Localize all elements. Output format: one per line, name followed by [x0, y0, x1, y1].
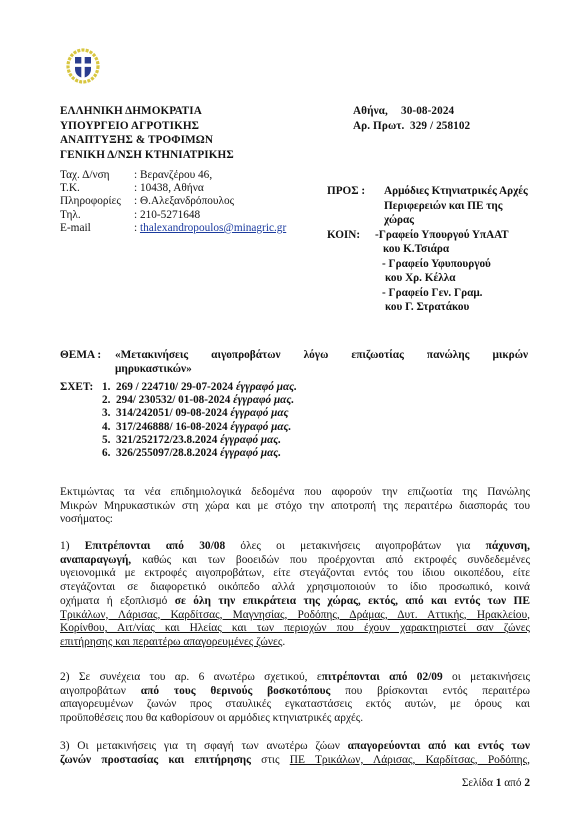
- text-line: Μικρών Μηρυκαστικών στη χώρα και με στόχ…: [60, 500, 530, 514]
- reference-number: 2.: [102, 394, 116, 407]
- subject-text-cont: μηρυκαστικών»: [115, 362, 528, 376]
- references-label: ΣΧΕΤ:: [60, 381, 102, 394]
- cc-line: -Γραφείο Υπουργού ΥπΑΑΤ: [375, 228, 509, 243]
- cc-line: κου Γ. Στρατάκου: [375, 300, 509, 315]
- recipient-line: χώρας: [384, 213, 528, 228]
- issuer-line: ΓΕΝΙΚΗ Δ/ΝΣΗ ΚΤΗΝΙΑΤΡΙΚΗΣ: [60, 148, 234, 163]
- contact-label: Τ.Κ.: [60, 182, 134, 195]
- text-line: Εκτιμώντας τα νέα επιδημιολογικά δεδομέν…: [60, 486, 530, 500]
- contact-value: : 10438, Αθήνα: [134, 182, 204, 195]
- cc-line: - Γραφείο Υφυπουργού: [375, 257, 509, 272]
- hellenic-emblem-icon: [66, 48, 100, 84]
- reference-number: 1.: [102, 381, 116, 394]
- reference-number: 4.: [102, 421, 116, 434]
- issuer-line: ΥΠΟΥΡΓΕΙΟ ΑΓΡΟΤΙΚΗΣ: [60, 119, 234, 134]
- contact-label: E-mail: [60, 222, 134, 235]
- reference-item: 326/255097/28.8.2024 έγγραφό μας.: [116, 447, 281, 460]
- text-line: νοσήματος:: [60, 513, 530, 527]
- reference-item: 321/252172/23.8.2024 έγγραφό μας.: [116, 434, 281, 447]
- cc-line: κου Χρ. Κέλλα: [375, 271, 509, 286]
- protocol-number: 329 / 258102: [410, 119, 470, 134]
- issuer-line: ΕΛΛΗΝΙΚΗ ΔΗΜΟΚΡΑΤΙΑ: [60, 104, 234, 119]
- contact-value: : 210-5271648: [134, 209, 200, 222]
- reference-item: 317/246888/ 16-08-2024 έγγραφό μας.: [116, 421, 291, 434]
- reference-number: 6.: [102, 447, 116, 460]
- reference-number: 5.: [102, 434, 116, 447]
- reference-item: 314/242051/ 09-08-2024 έγγραφό μας: [116, 407, 289, 420]
- paragraph-2: 2) Σε συνέχεια του αρ. 6 ανωτέρω σχετικο…: [60, 671, 530, 726]
- cc-line: - Γραφείο Γεν. Γραμ.: [375, 286, 509, 301]
- contact-value: : Θ.Αλεξανδρόπουλος: [134, 195, 234, 208]
- recipients-block: ΠΡΟΣ : Αρμόδιες Κτηνιατρικές Αρχές Περιφ…: [327, 184, 528, 315]
- koin-label: ΚΟΙΝ:: [327, 228, 375, 315]
- cc-line: κου Κ.Τσιάρα: [375, 242, 509, 257]
- contact-value: : Βερανζέρου 46,: [134, 169, 212, 182]
- page-number: Σελίδα 1 από 2: [462, 777, 530, 789]
- contact-label: Ταχ. Δ/νση: [60, 169, 134, 182]
- references-block: ΣΧΕΤ:1. 269 / 224710/ 29-07-2024 έγγραφό…: [60, 381, 297, 460]
- paragraph-1: 1) Επιτρέπονται από 30/08 όλες οι μετακι…: [60, 540, 530, 650]
- reference-item: 269 / 224710/ 29-07-2024 έγγραφό μας.: [116, 381, 297, 394]
- reference-item: 294/ 230532/ 01-08-2024 έγγραφό μας.: [116, 394, 294, 407]
- reference-number: 3.: [102, 407, 116, 420]
- document-date: 30-08-2024: [401, 104, 454, 119]
- place-label: Αθήνα,: [353, 104, 401, 119]
- contact-label: Πληροφορίες: [60, 195, 134, 208]
- recipient-line: Αρμόδιες Κτηνιατρικές Αρχές: [384, 184, 528, 199]
- date-protocol-block: Αθήνα, 30-08-2024 Αρ. Πρωτ. 329 / 258102: [353, 104, 470, 133]
- intro-paragraph: Εκτιμώντας τα νέα επιδημιολογικά δεδομέν…: [60, 486, 530, 527]
- subject-label: ΘΕΜΑ :: [60, 348, 101, 362]
- contact-block: Ταχ. Δ/νση: Βερανζέρου 46, Τ.Κ.: 10438, …: [60, 169, 286, 235]
- protocol-label: Αρ. Πρωτ.: [353, 119, 410, 134]
- contact-label: Τηλ.: [60, 209, 134, 222]
- paragraph-3: 3) Οι μετακινήσεις για τη σφαγή των ανωτ…: [60, 740, 530, 767]
- email-link[interactable]: thalexandropoulos@minagric.gr: [140, 222, 286, 234]
- recipient-line: Περιφερειών και ΠΕ της: [384, 199, 528, 214]
- pros-label: ΠΡΟΣ :: [327, 184, 384, 228]
- subject-text: «Μετακινήσεις αιγοπροβάτων λόγω επιζωοτί…: [115, 348, 528, 362]
- issuer-block: ΕΛΛΗΝΙΚΗ ΔΗΜΟΚΡΑΤΙΑ ΥΠΟΥΡΓΕΙΟ ΑΓΡΟΤΙΚΗΣ …: [60, 104, 234, 162]
- subject-block: ΘΕΜΑ : «Μετακινήσεις αιγοπροβάτων λόγω ε…: [60, 348, 528, 376]
- issuer-line: ΑΝΑΠΤΥΞΗΣ & ΤΡΟΦΙΜΩΝ: [60, 133, 234, 148]
